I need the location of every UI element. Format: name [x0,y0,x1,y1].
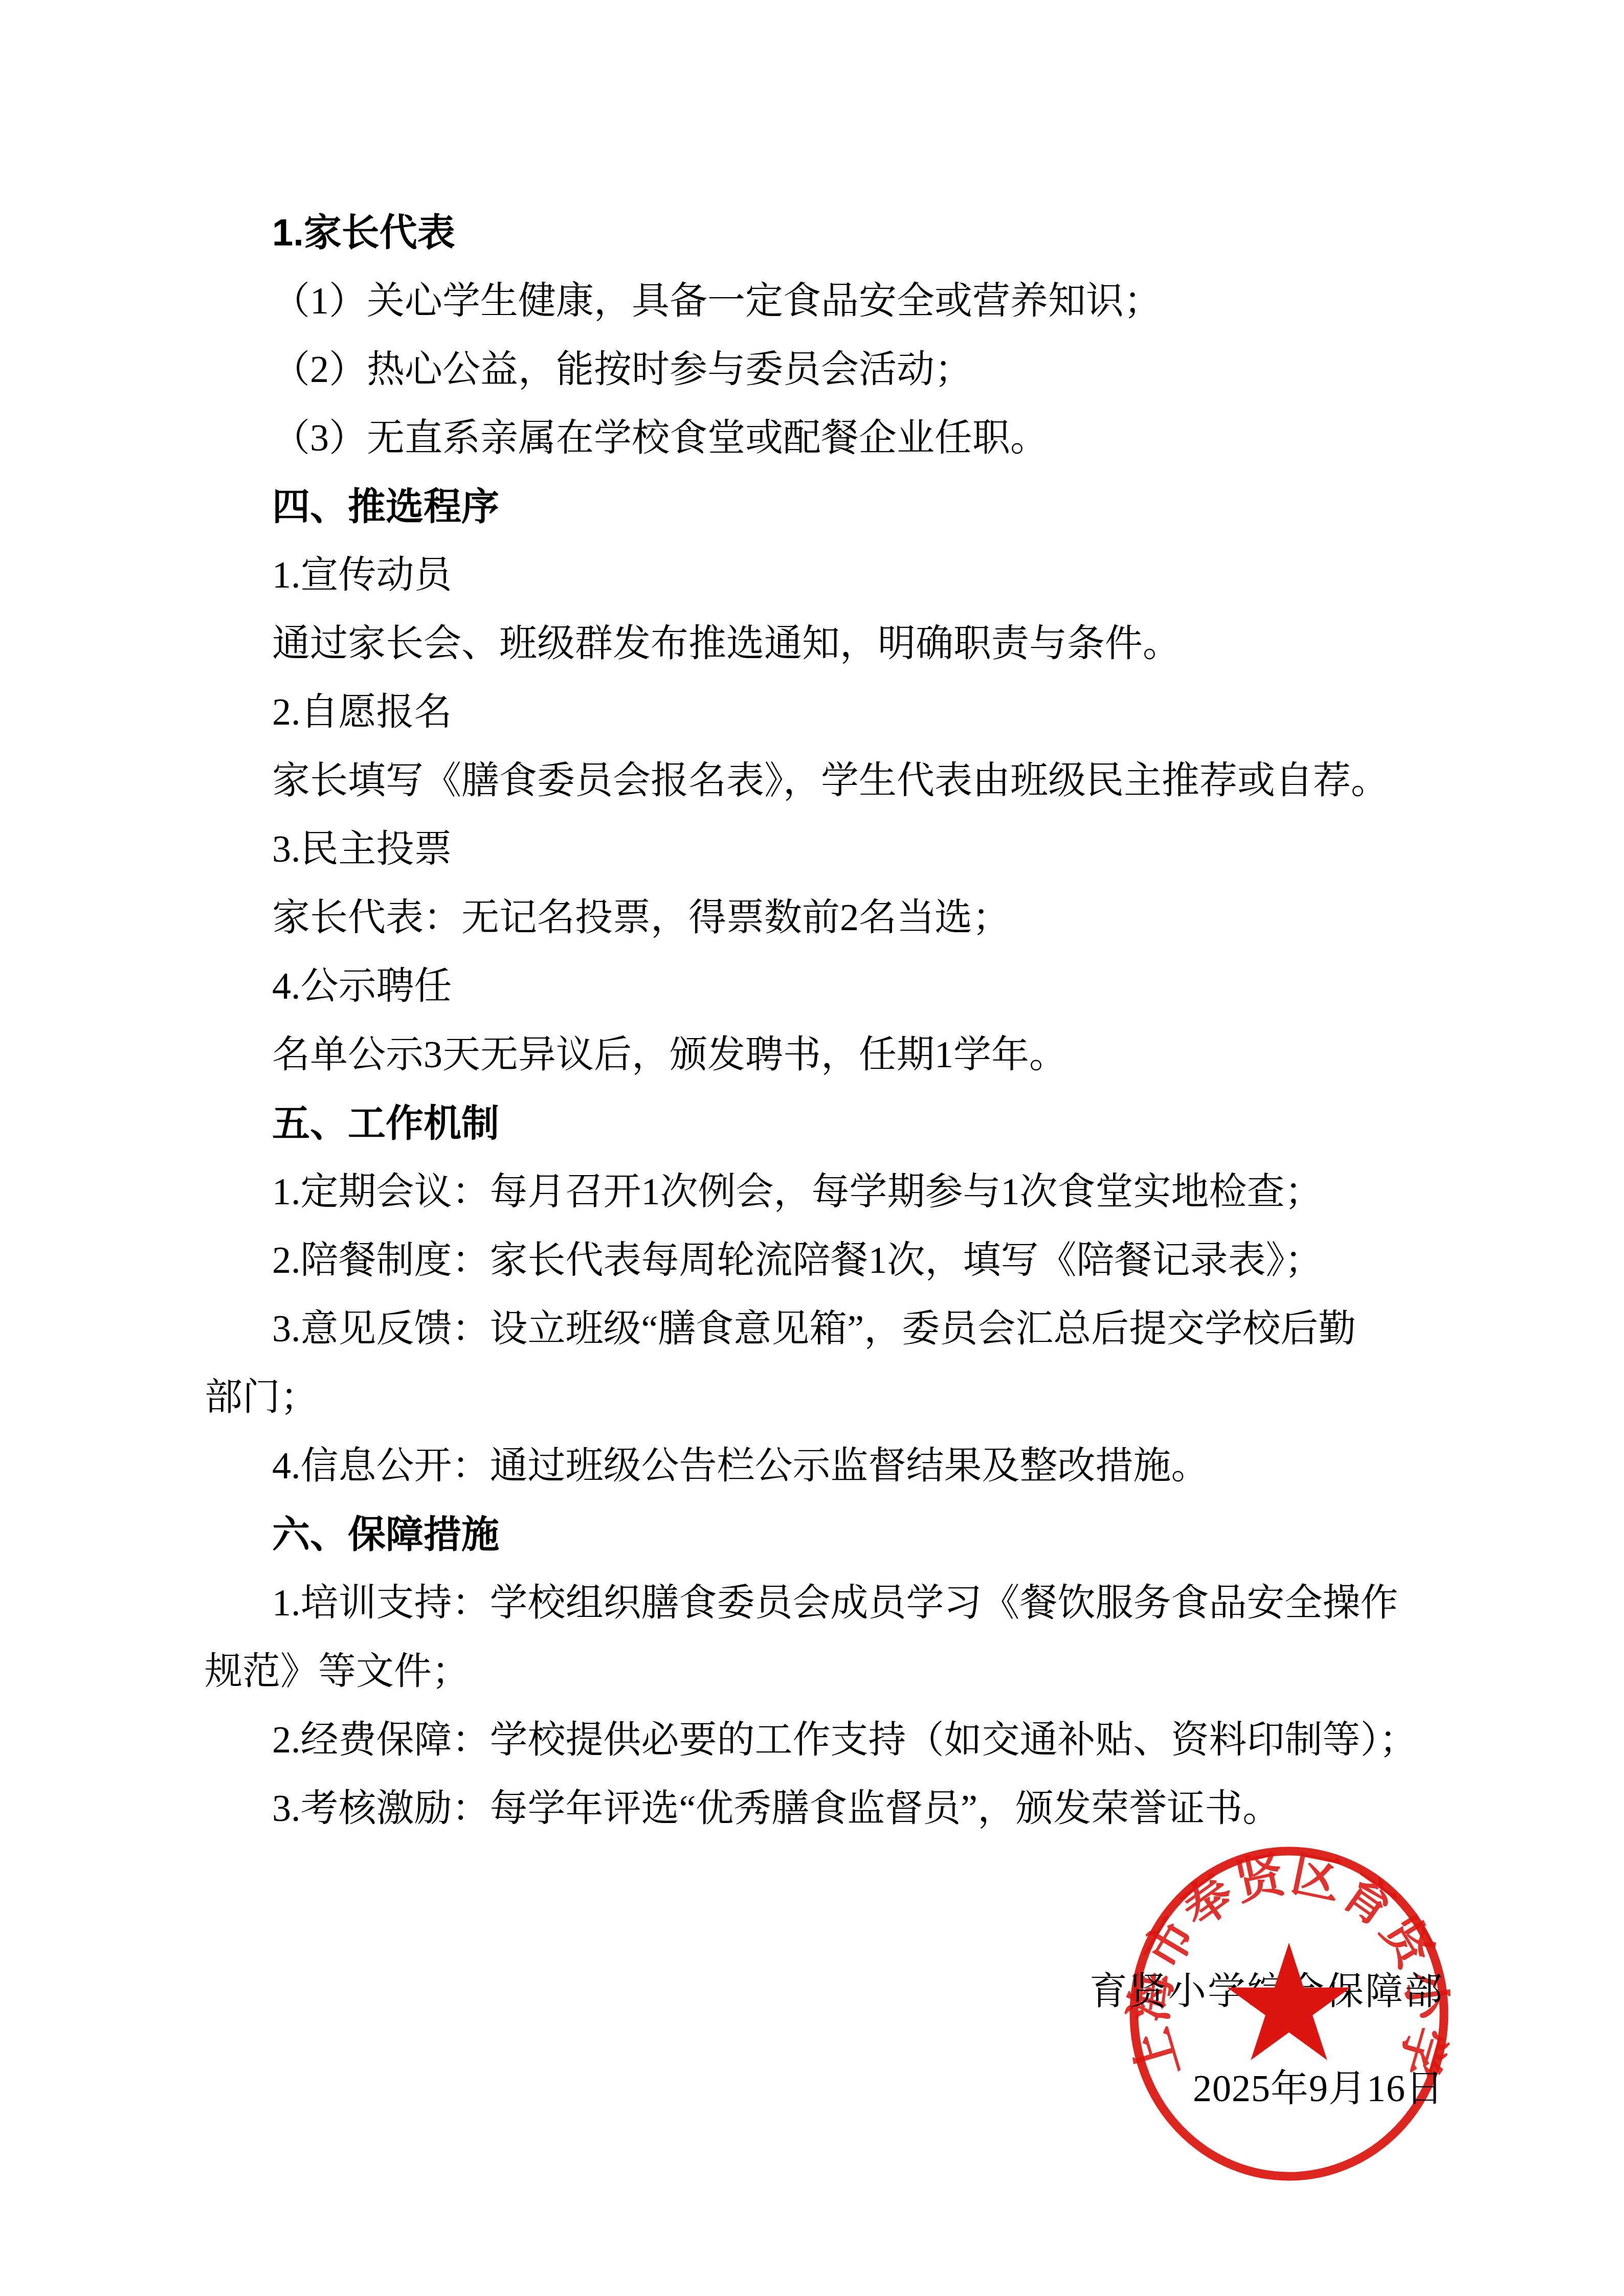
text-line: 4.公示聘任 [205,952,1573,1021]
text-line: 通过家长会、班级群发布推选通知，明确职责与条件。 [205,610,1573,678]
text-line: 1.培训支持：学校组织膳食委员会成员学习《餐饮服务食品安全操作 [205,1569,1573,1637]
text-line: （1）关心学生健康，具备一定食品安全或营养知识； [205,267,1573,335]
signature-block: 育贤小学综合保障部 2025年9月16日 [205,1957,1573,2123]
text-line: 名单公示3天无异议后，颁发聘书，任期1学年。 [205,1021,1573,1089]
text-line: 四、推选程序 [205,472,1573,541]
text-line: 五、工作机制 [205,1089,1573,1158]
text-line: 六、保障措施 [205,1500,1573,1569]
text-line: 家长填写《膳食委员会报名表》，学生代表由班级民主推荐或自荐。 [205,747,1573,815]
text-line: 1.宣传动员 [205,541,1573,610]
document-body: 1.家长代表（1）关心学生健康，具备一定食品安全或营养知识；（2）热心公益，能按… [205,198,1573,2123]
text-line: 家长代表：无记名投票，得票数前2名当选； [205,884,1573,952]
text-line: （2）热心公益，能按时参与委员会活动； [205,335,1573,404]
text-line: 3.意见反馈：设立班级“膳食意见箱”，委员会汇总后提交学校后勤 [205,1295,1573,1363]
text-line: 4.信息公开：通过班级公告栏公示监督结果及整改措施。 [205,1432,1573,1500]
text-line: 2.陪餐制度：家长代表每周轮流陪餐1次，填写《陪餐记录表》； [205,1226,1573,1295]
text-line: （3）无直系亲属在学校食堂或配餐企业任职。 [205,404,1573,472]
text-line: 3.民主投票 [205,815,1573,884]
text-line: 2.自愿报名 [205,678,1573,747]
text-line: 3.考核激励：每学年评选“优秀膳食监督员”，颁发荣誉证书。 [205,1774,1573,1843]
signature-date: 2025年9月16日 [205,2055,1444,2123]
signature-department: 育贤小学综合保障部 [205,1957,1444,2026]
text-line: 规范》等文件； [205,1637,1573,1706]
text-line: 1.家长代表 [205,198,1573,267]
text-line: 部门； [205,1363,1573,1432]
text-line: 1.定期会议：每月召开1次例会，每学期参与1次食堂实地检查； [205,1158,1573,1226]
document-page: 上海市奉贤区育贤小学 1.家长代表（1）关心学生健康，具备一定食品安全或营养知识… [0,0,1624,2296]
text-line: 2.经费保障：学校提供必要的工作支持（如交通补贴、资料印制等）； [205,1706,1573,1774]
